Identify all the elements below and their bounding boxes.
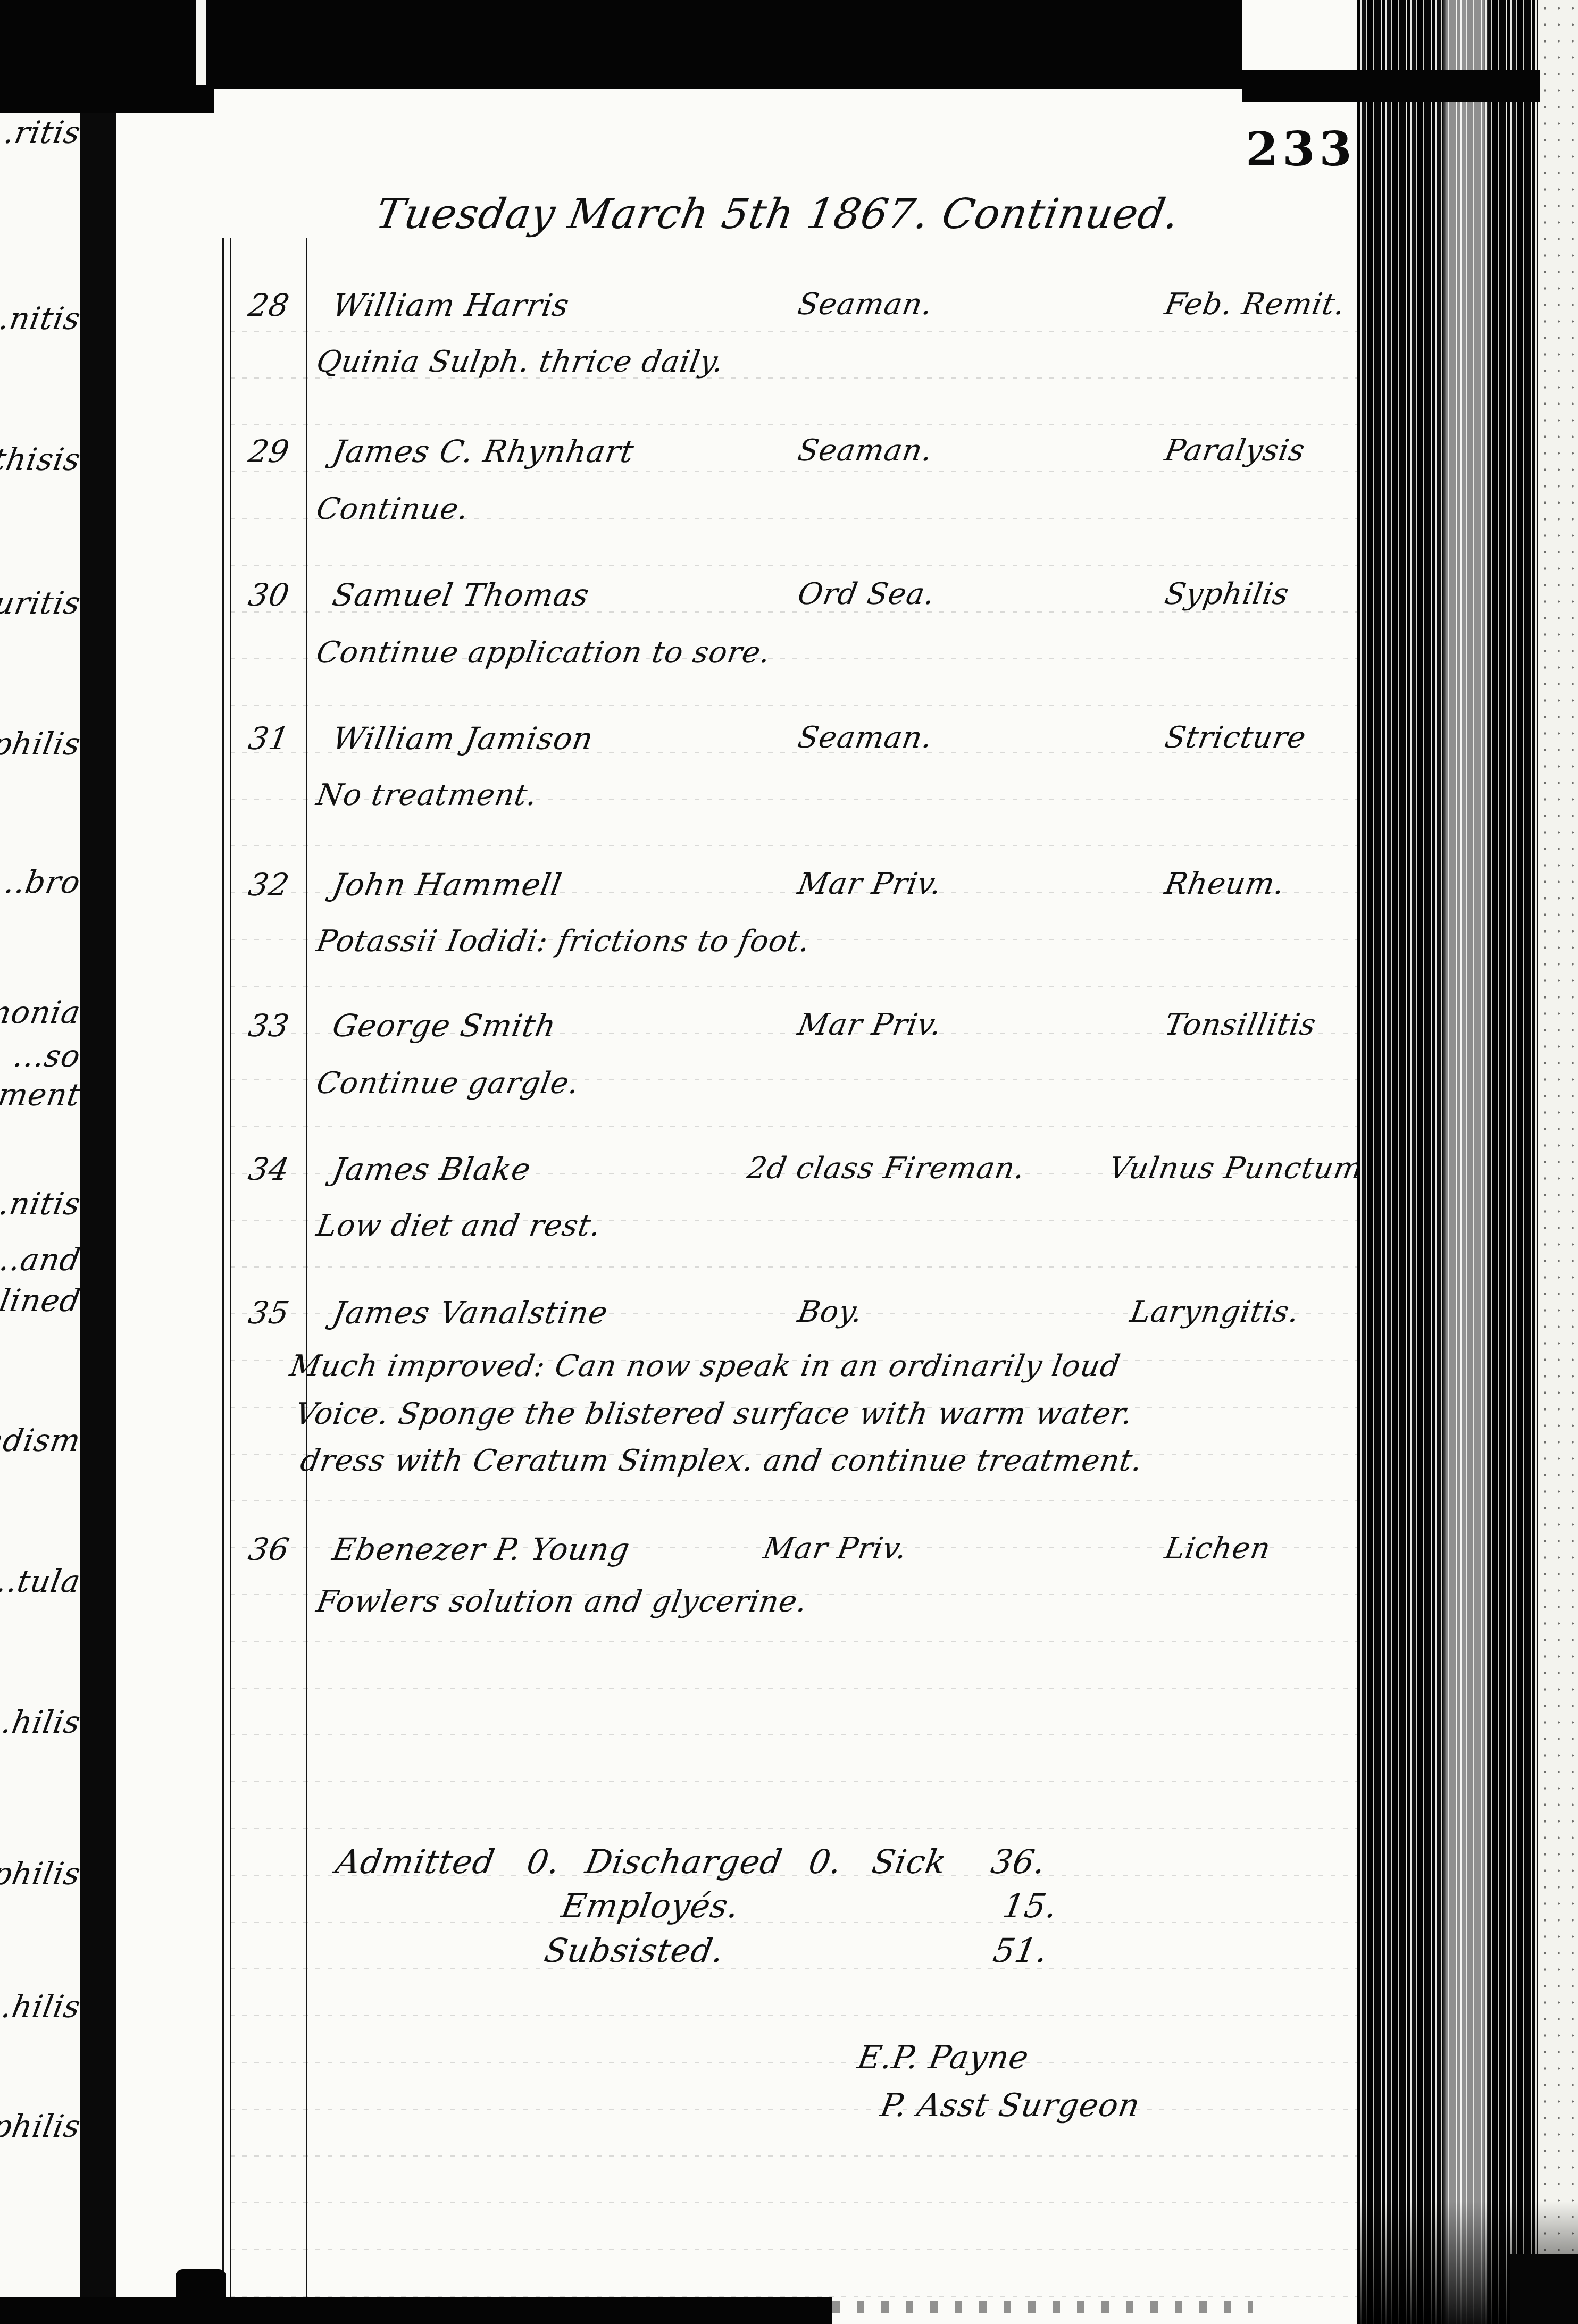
- margin-fragment: ...lined: [0, 1282, 81, 1319]
- vertical-rule: [230, 238, 231, 2297]
- treatment-note: Low diet and rest.: [314, 1209, 604, 1243]
- diagnosis: Stricture: [1162, 720, 1309, 755]
- patient-rank: Mar Priv.: [761, 1531, 910, 1566]
- summary-sick-label: Sick: [869, 1842, 949, 1881]
- page-heading: Tuesday March 5th 1867. Continued.: [372, 190, 1183, 238]
- patient-rank: Mar Priv.: [795, 867, 945, 901]
- scan-top-right-border: [1242, 70, 1540, 102]
- diagnosis: Feb. Remit.: [1162, 287, 1348, 322]
- treatment-note: Fowlers solution and glycerine.: [314, 1584, 810, 1619]
- margin-fragment: ...tula: [0, 1563, 81, 1599]
- margin-fragment: ...hilis: [0, 1704, 81, 1740]
- scanned-ledger-page: ...ritis ...nitis ...thisis ...euritis .…: [0, 0, 1578, 2324]
- patient-rank: Seaman.: [795, 433, 936, 468]
- treatment-note: Continue.: [314, 492, 472, 526]
- margin-fragment: ...philis: [0, 1856, 81, 1892]
- surgeon-signature: E.P. Payne: [855, 2039, 1032, 2076]
- treatment-note: Continue application to sore.: [314, 635, 773, 670]
- book-gutter-shadow: [80, 0, 116, 2324]
- patient-name: James C. Rhynhart: [330, 433, 637, 469]
- margin-fragment: ...so: [0, 1038, 81, 1074]
- summary-employes-label: Employés.: [558, 1886, 742, 1925]
- book-page-edges: [1357, 0, 1538, 2324]
- patient-name: George Smith: [330, 1008, 559, 1044]
- diagnosis: Laryngitis.: [1128, 1295, 1302, 1329]
- scan-bottom-right-corner: [1510, 2254, 1578, 2324]
- entry-number: 30: [246, 577, 293, 613]
- patient-rank: Seaman.: [795, 287, 936, 322]
- patient-rank: 2d class Fireman.: [745, 1151, 1028, 1186]
- summary-employes-value: 15.: [1000, 1886, 1061, 1925]
- vertical-rule: [222, 238, 224, 2297]
- entry-number: 33: [246, 1008, 293, 1044]
- summary-sick-value: 36.: [988, 1842, 1049, 1881]
- summary-subsisted-label: Subsisted.: [541, 1931, 727, 1970]
- patient-rank: Seaman.: [795, 720, 936, 755]
- scan-bottom-speckle: [832, 2301, 1253, 2313]
- patient-name: John Hammell: [330, 867, 565, 903]
- treatment-note: Continue gargle.: [314, 1066, 582, 1101]
- margin-fragment: ...hilis: [0, 1989, 81, 2025]
- margin-fragment: ...and: [0, 1241, 81, 1278]
- entry-number: 28: [246, 287, 293, 323]
- summary-admitted-value: 0.: [524, 1842, 563, 1881]
- entry-number: 32: [246, 867, 293, 903]
- patient-rank: Mar Priv.: [795, 1008, 945, 1042]
- entry-number: 36: [246, 1531, 293, 1567]
- treatment-note: No treatment.: [314, 778, 540, 812]
- patient-name: William Jamison: [330, 720, 596, 757]
- patient-name: Samuel Thomas: [330, 577, 592, 613]
- ledger-entry: 35 James Vanalstine Boy. Laryngitis. Muc…: [234, 1295, 1393, 1518]
- diagnosis: Lichen: [1162, 1531, 1273, 1566]
- diagnosis: Rheum.: [1162, 867, 1288, 901]
- margin-fragment: ...philis: [0, 2108, 81, 2144]
- scan-bottom-blot: [176, 2269, 226, 2324]
- summary-admitted-label: Admitted: [333, 1842, 498, 1881]
- entry-number: 31: [246, 720, 293, 757]
- diagnosis: Paralysis: [1162, 433, 1308, 468]
- entry-number: 35: [246, 1295, 293, 1331]
- treatment-note: Potassii Iodidi: frictions to foot.: [314, 924, 813, 959]
- margin-fragment: ...monia: [0, 994, 81, 1030]
- margin-fragment: ...ritis: [0, 114, 81, 150]
- scan-top-slit: [196, 0, 206, 85]
- diagnosis: Tonsillitis: [1162, 1008, 1319, 1042]
- patient-rank: Ord Sea.: [795, 577, 938, 611]
- patient-rank: Boy.: [795, 1295, 865, 1329]
- treatment-note: Quinia Sulph. thrice daily.: [314, 345, 727, 379]
- patient-name: Ebenezer P. Young: [330, 1531, 633, 1567]
- summary-discharged-value: 0.: [806, 1842, 845, 1881]
- margin-fragment: ...bro: [0, 864, 81, 900]
- surgeon-title: P. Asst Surgeon: [878, 2087, 1143, 2124]
- treatment-note: dress with Ceratum Simplex. and continue…: [298, 1444, 1145, 1478]
- margin-fragment: ...euritis: [0, 585, 81, 621]
- patient-name: James Blake: [330, 1151, 534, 1187]
- page-number: 233: [1246, 121, 1356, 177]
- entry-number: 34: [246, 1151, 293, 1187]
- margin-fragment: ...philis: [0, 726, 81, 762]
- scan-top-left-corner: [0, 0, 214, 113]
- treatment-note: Voice. Sponge the blistered surface with…: [293, 1397, 1136, 1431]
- margin-fragment: ...tment: [0, 1077, 81, 1113]
- ledger-entry: 36 Ebenezer P. Young Mar Priv. Lichen Fo…: [234, 1531, 1393, 1755]
- margin-fragment: ...thisis: [0, 441, 81, 477]
- margin-fragment: ...nitis: [0, 1186, 81, 1222]
- margin-fragment: ...ndism: [0, 1422, 81, 1458]
- margin-fragment: ...nitis: [0, 300, 81, 337]
- treatment-note: Much improved: Can now speak in an ordin…: [287, 1349, 1123, 1383]
- diagnosis: Vulnus Punctum: [1106, 1151, 1366, 1186]
- entry-number: 29: [246, 433, 293, 469]
- patient-name: James Vanalstine: [330, 1295, 611, 1331]
- book-edge-margin: [1538, 0, 1578, 2324]
- summary-discharged-label: Discharged: [582, 1842, 786, 1881]
- summary-subsisted-value: 51.: [990, 1931, 1051, 1970]
- diagnosis: Syphilis: [1162, 577, 1292, 611]
- patient-name: William Harris: [330, 287, 572, 323]
- facing-page-strip: ...ritis ...nitis ...thisis ...euritis .…: [0, 0, 81, 2324]
